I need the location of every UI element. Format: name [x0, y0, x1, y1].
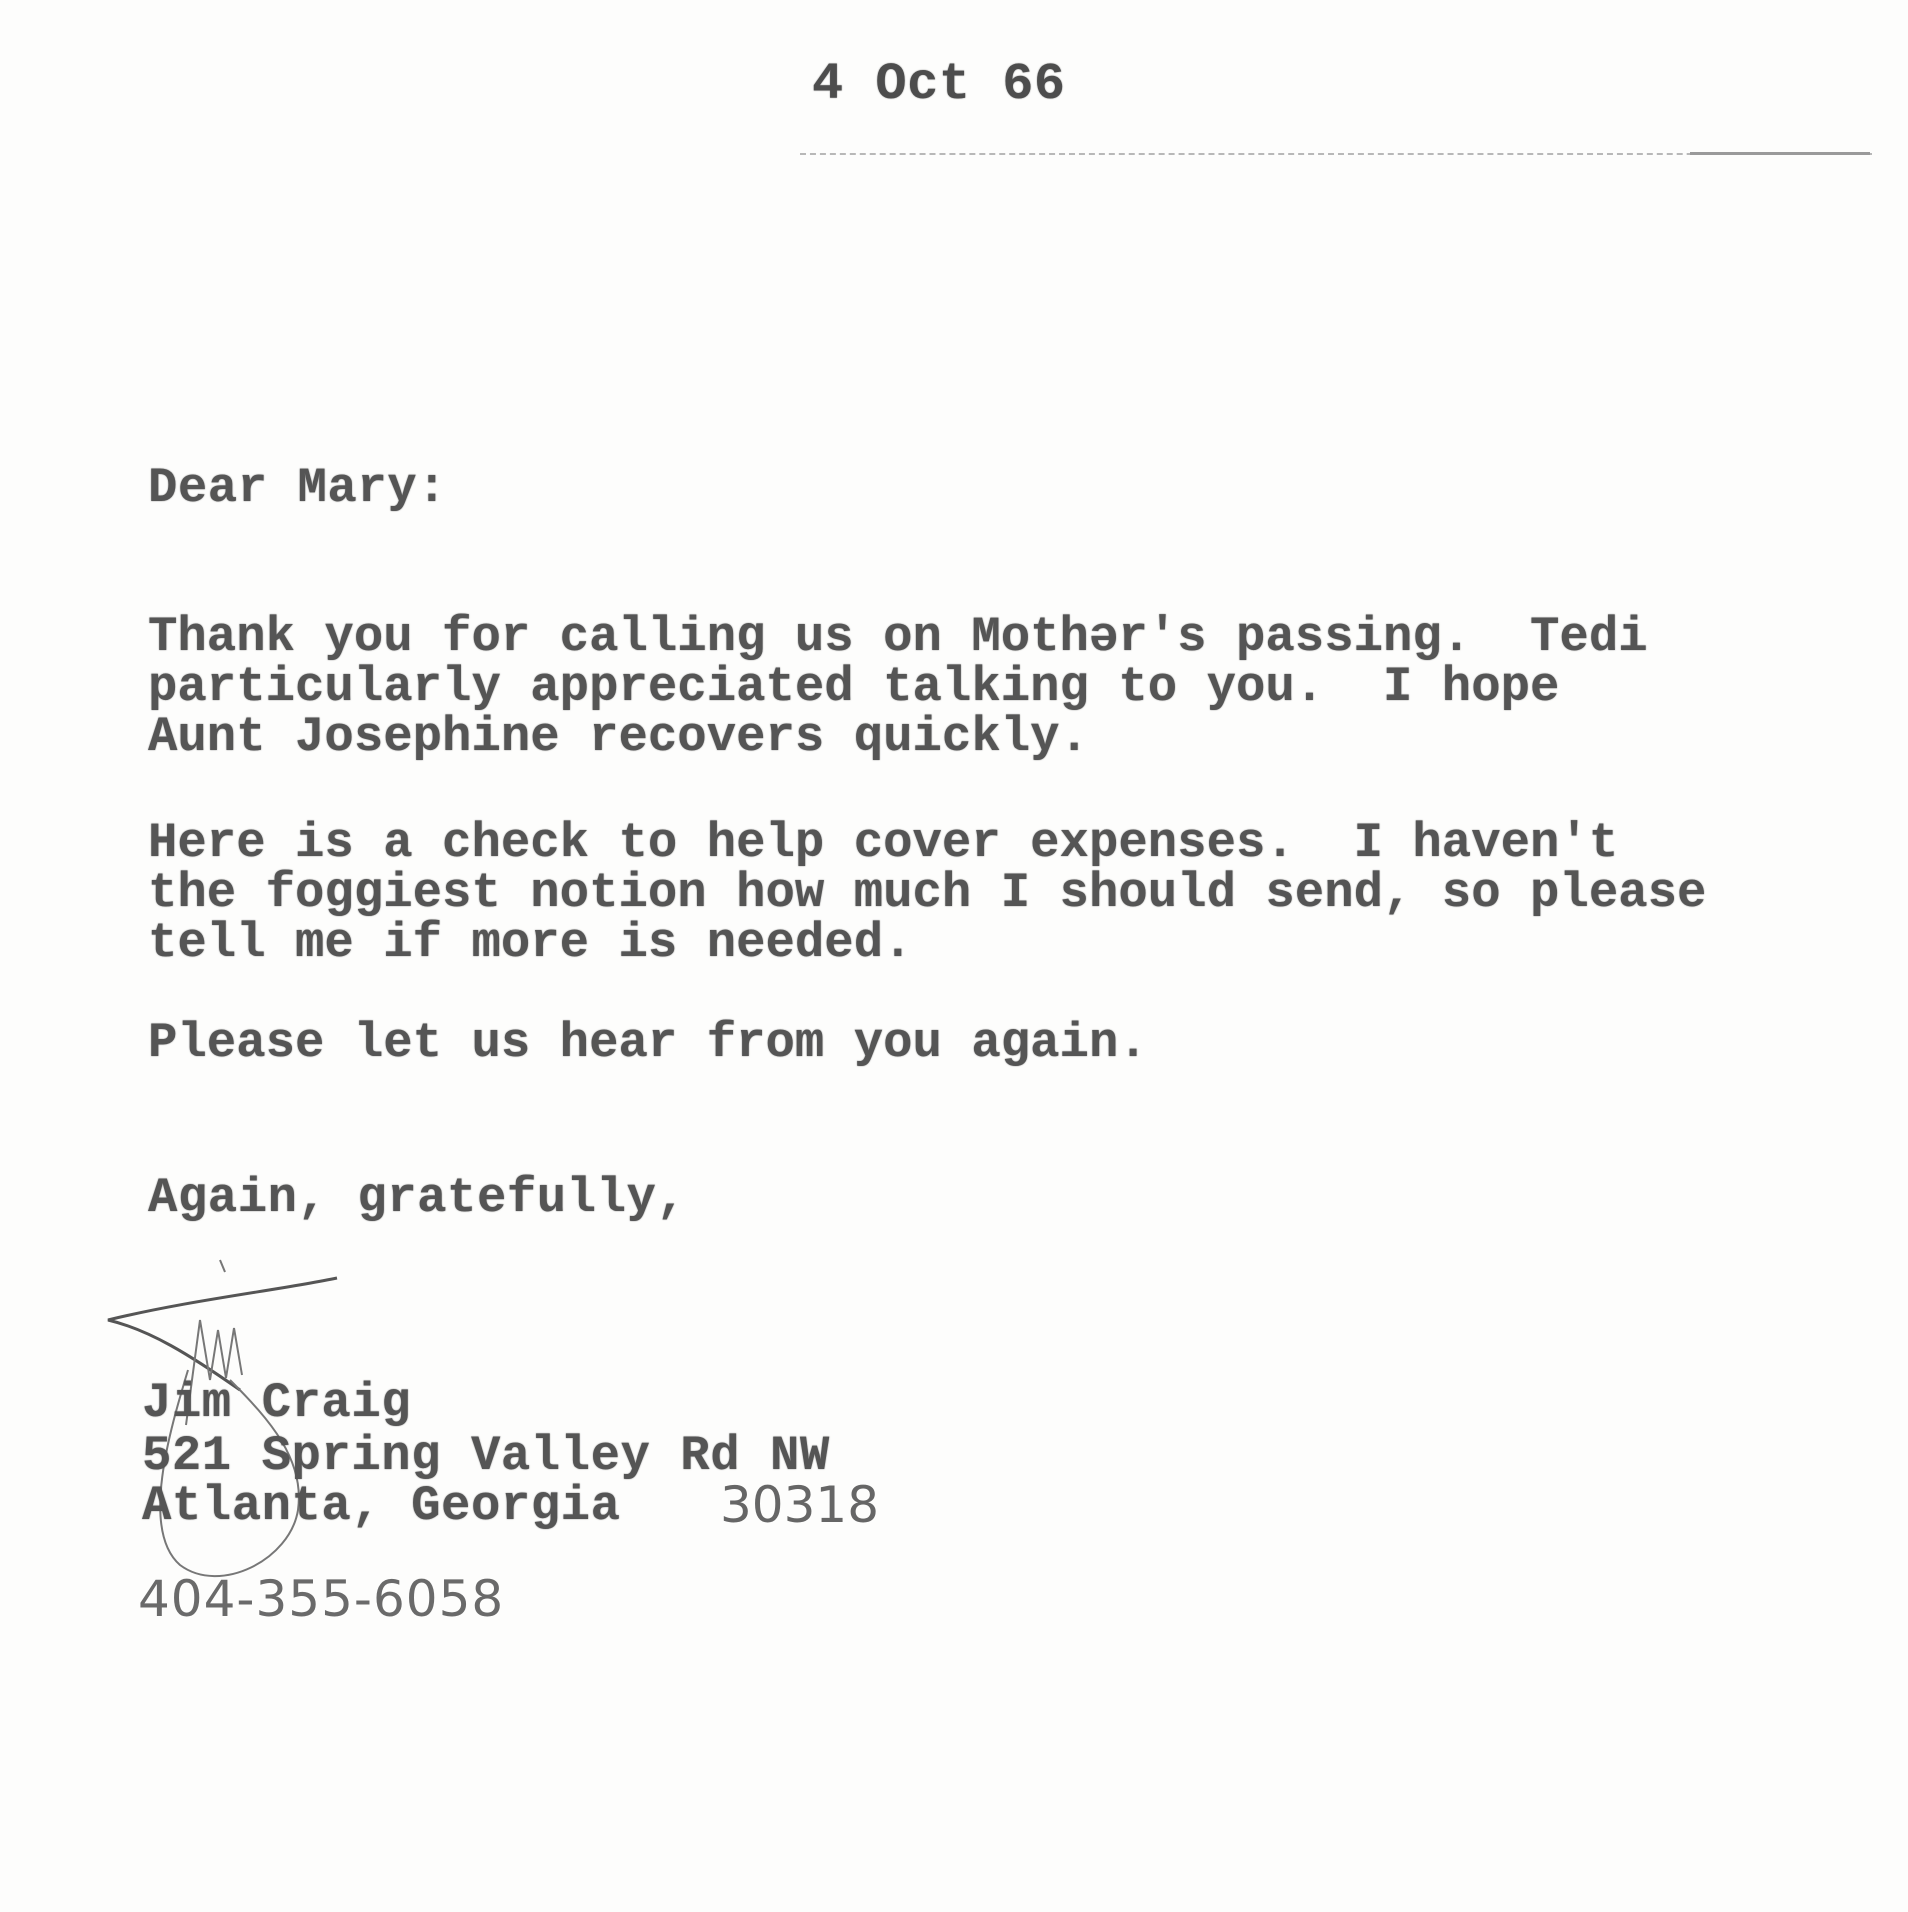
paragraph-line: Here is a check to help cover expenses. …	[148, 818, 1706, 868]
paragraph-line: Thank you for calling us on Mothər's pas…	[148, 612, 1648, 662]
sender-zip: 30318	[720, 1476, 879, 1534]
paragraph-2: Here is a check to help cover expenses. …	[148, 818, 1706, 968]
sender-name: Jim Craig	[142, 1375, 411, 1431]
closing: Again, gratefully,	[148, 1170, 686, 1226]
sender-phone: 404-355-6058	[138, 1570, 504, 1628]
paragraph-3: Please let us hear from you again.	[148, 1018, 1148, 1068]
paragraph-line: tell me if more is needed.	[148, 918, 1706, 968]
paragraph-1: Thank you for calling us on Mothər's pas…	[148, 612, 1648, 762]
paragraph-line: particularly appreciated talking to you.…	[148, 662, 1648, 712]
paragraph-line: Aunt Josephine recovers quickly.	[148, 712, 1648, 762]
salutation: Dear Mary:	[148, 460, 447, 516]
letter-date: 4 Oct 66	[812, 55, 1066, 114]
paragraph-line: the foggiest notion how much I should se…	[148, 868, 1706, 918]
paragraph-line: Please let us hear from you again.	[148, 1018, 1148, 1068]
sender-address-line2: Atlanta, Georgia	[142, 1478, 620, 1534]
header-rule-solid	[1690, 152, 1870, 155]
